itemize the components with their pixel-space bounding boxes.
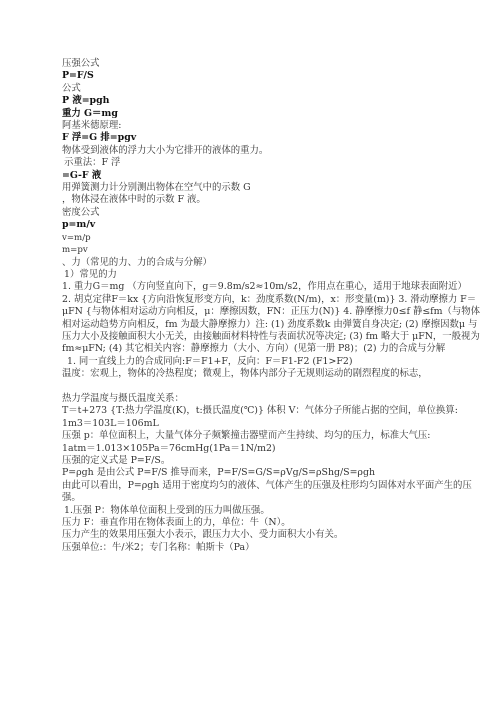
- formula-line: =G-F 液: [62, 170, 482, 182]
- formula-line: p=m/v: [62, 219, 482, 231]
- paragraph: 压强 p：单位面积上，大量气体分子频繁撞击器壁而产生持续、均匀的压力，标准大气压…: [62, 430, 482, 442]
- text-line: 公式: [62, 83, 482, 95]
- heading-pressure-formula: 压强公式: [62, 58, 482, 70]
- text-line: 示重法：F 浮: [62, 157, 482, 169]
- paragraph: P=ρgh 是由公式 P=F/S 推导而来，P=F/S=G/S=ρVg/S=ρS…: [62, 467, 482, 479]
- text-line: 用弹簧测力计分别测出物体在空气中的示数 G: [62, 182, 482, 194]
- paragraph: 压强的定义式是 P=F/S。: [62, 455, 482, 467]
- paragraph: 由此可以看出，P=ρgh 适用于密度均匀的液体、气体产生的压强及柱形均匀固体对水…: [62, 480, 482, 505]
- paragraph: 1. 重力G＝mg （方向竖直向下，g＝9.8m/s2≈10m/s2，作用点在重…: [62, 281, 482, 293]
- paragraph: 2. 胡克定律F＝kx {方向沿恢复形变方向，k：劲度系数(N/m)，x：形变量…: [62, 294, 482, 356]
- paragraph: 1.压强 P：物体单位面积上受到的压力叫做压强。: [62, 505, 482, 517]
- paragraph: 热力学温度与摄氏温度关系：: [62, 393, 482, 405]
- heading-density-formula: 密度公式: [62, 207, 482, 219]
- formula-line: 1atm＝1.013×105Pa＝76cmHg(1Pa＝1N/m2): [62, 443, 482, 455]
- formula-line: P 液=pgh: [62, 95, 482, 107]
- formula-line: v=m/p: [62, 232, 482, 244]
- document-page: 压强公式 P=F/S 公式 P 液=pgh 重力 G＝mg 阿基米德原理: F …: [0, 0, 496, 702]
- paragraph: 1. 同一直线上力的合成同向:F＝F1+F，反向：F＝F1-F2 (F1>F2): [62, 356, 482, 368]
- text-line: 阿基米德原理:: [62, 120, 482, 132]
- paragraph: T＝t+273 {T:热力学温度(K)，t:摄氏温度(℃)} 体积 V：气体分子…: [62, 405, 482, 417]
- formula-line: 1m3＝103L＝106mL: [62, 418, 482, 430]
- subsection-heading: 1）常见的力: [62, 269, 482, 281]
- paragraph: 压力产生的效果用压强大小表示，跟压力大小、受力面积大小有关。: [62, 529, 482, 541]
- formula-line: m=pv: [62, 244, 482, 256]
- formula-line: 重力 G＝mg: [62, 108, 482, 120]
- text-line: ，物体浸在液体中时的示数 F 液。: [62, 194, 482, 206]
- paragraph: 压强单位:：牛/米2；专门名称：帕斯卡（Pa）: [62, 542, 482, 554]
- formula-line: F 浮=G 排=pgv: [62, 132, 482, 144]
- formula-line: P=F/S: [62, 70, 482, 82]
- paragraph: 温度：宏观上，物体的冷热程度；微观上，物体内部分子无规则运动的剧烈程度的标志，: [62, 368, 482, 380]
- text-line: 物体受到液体的浮力大小为它排开的液体的重力。: [62, 145, 482, 157]
- document-body: 压强公式 P=F/S 公式 P 液=pgh 重力 G＝mg 阿基米德原理: F …: [62, 58, 482, 554]
- section-heading-force: 、力（常见的力、力的合成与分解）: [62, 257, 482, 269]
- paragraph: 压力 F：垂直作用在物体表面上的力，单位：牛（N）。: [62, 517, 482, 529]
- blank-line: [62, 381, 482, 393]
